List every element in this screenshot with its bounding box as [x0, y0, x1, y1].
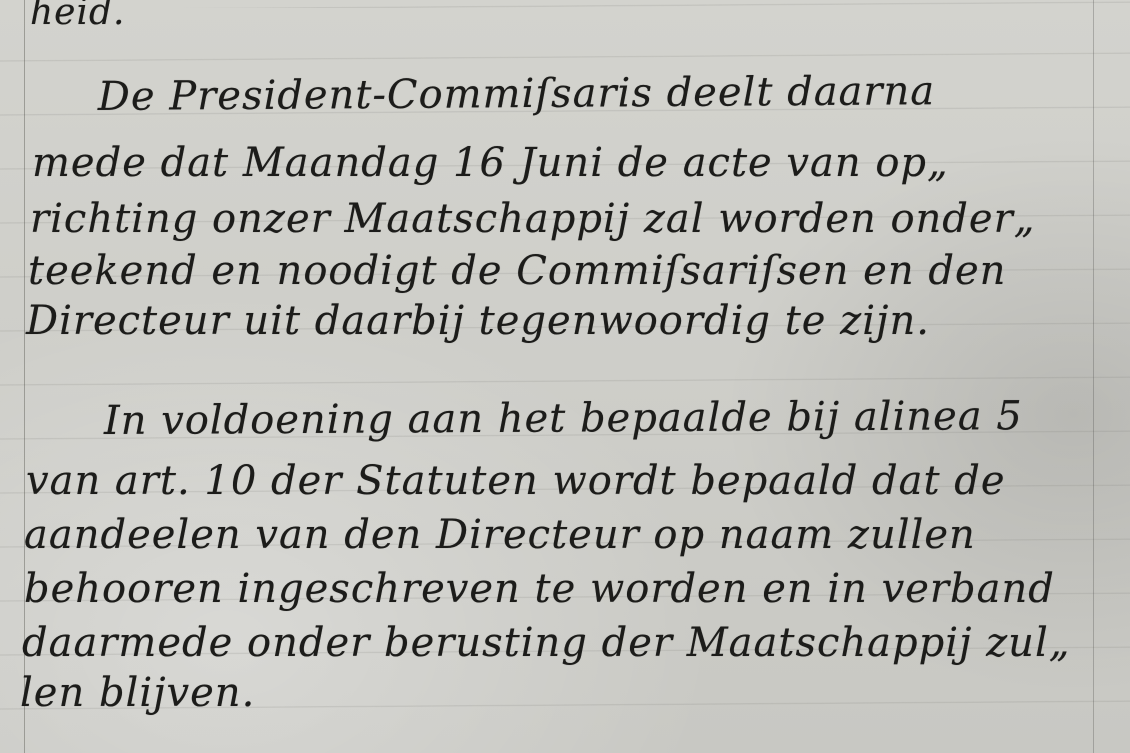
text-line: aandeelen van den Directeur op naam zull…: [24, 512, 976, 558]
text-line: Directeur uit daarbij tegenwoordig te zi…: [26, 298, 930, 344]
text-line: mede dat Maandag 16 Juni de acte van op„: [32, 140, 949, 186]
text-line: daarmede onder berusting der Maatschappi…: [22, 620, 1070, 666]
text-line: teekend en noodigt de Commiſsariſsen en …: [28, 248, 1006, 294]
text-line: van art. 10 der Statuten wordt bepaald d…: [26, 458, 1006, 504]
continuation-line: heid.: [30, 0, 126, 33]
text-line: behooren ingeschreven te worden en in ve…: [24, 566, 1055, 612]
text-line: De President-Commiſsaris deelt daarna: [98, 68, 936, 120]
text-line: len blijven.: [20, 670, 255, 716]
text-line: richting onzer Maatschappij zal worden o…: [30, 196, 1035, 242]
text-line: In voldoening aan het bepaalde bij aline…: [104, 393, 1023, 444]
right-margin-line: [1093, 0, 1094, 753]
handwritten-page: heid. De President-Commiſsaris deelt daa…: [0, 0, 1130, 753]
